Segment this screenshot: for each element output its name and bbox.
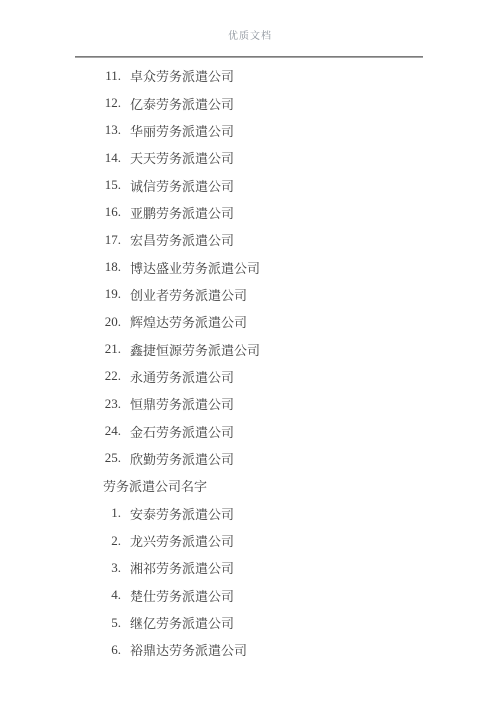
- list-item-number: 25.: [103, 450, 121, 466]
- company-list-1-6: 1.安泰劳务派遣公司2.龙兴劳务派遣公司3.湘祁劳务派遣公司4.楚仕劳务派遣公司…: [103, 500, 500, 664]
- list-item-number: 3.: [103, 560, 121, 576]
- list-item-text: 博达盛业劳务派遣公司: [130, 258, 260, 277]
- list-item-text: 亚鹏劳务派遣公司: [130, 203, 234, 222]
- list-item-number: 22.: [103, 368, 121, 384]
- list-item-number: 6.: [103, 642, 121, 658]
- list-item: 17.宏昌劳务派遣公司: [103, 226, 500, 253]
- list-item-number: 23.: [103, 396, 121, 412]
- header-divider-line: [75, 56, 423, 58]
- list-item-text: 安泰劳务派遣公司: [130, 504, 234, 523]
- list-item-text: 宏昌劳务派遣公司: [130, 230, 234, 249]
- list-item-number: 20.: [103, 314, 121, 330]
- list-item: 13.华丽劳务派遣公司: [103, 117, 500, 144]
- list-item-text: 华丽劳务派遣公司: [130, 121, 234, 140]
- page-header-watermark: 优质文档: [0, 0, 500, 42]
- list-item-text: 楚仕劳务派遣公司: [130, 586, 234, 605]
- list-item-text: 创业者劳务派遣公司: [130, 285, 247, 304]
- list-item: 11.卓众劳务派遣公司: [103, 62, 500, 89]
- list-item-text: 湘祁劳务派遣公司: [130, 558, 234, 577]
- list-item-number: 1.: [103, 505, 121, 521]
- list-item-text: 永通劳务派遣公司: [130, 367, 234, 386]
- list-item: 2.龙兴劳务派遣公司: [103, 527, 500, 554]
- list-item: 4.楚仕劳务派遣公司: [103, 582, 500, 609]
- list-item-number: 21.: [103, 341, 121, 357]
- list-item-text: 天天劳务派遣公司: [130, 148, 234, 167]
- list-item-number: 16.: [103, 204, 121, 220]
- list-item-number: 4.: [103, 587, 121, 603]
- list-item: 6.裕鼎达劳务派遣公司: [103, 636, 500, 663]
- list-item: 25.欣勤劳务派遣公司: [103, 445, 500, 472]
- document-body: 11.卓众劳务派遣公司12.亿泰劳务派遣公司13.华丽劳务派遣公司14.天天劳务…: [0, 62, 500, 664]
- list-item-number: 18.: [103, 259, 121, 275]
- list-item: 22.永通劳务派遣公司: [103, 363, 500, 390]
- list-item: 21.鑫捷恒源劳务派遣公司: [103, 335, 500, 362]
- list-item-text: 卓众劳务派遣公司: [130, 66, 234, 85]
- list-item-number: 19.: [103, 286, 121, 302]
- list-item: 20.辉煌达劳务派遣公司: [103, 308, 500, 335]
- list-item-number: 12.: [103, 95, 121, 111]
- list-item: 12.亿泰劳务派遣公司: [103, 89, 500, 116]
- document-page: 优质文档 11.卓众劳务派遣公司12.亿泰劳务派遣公司13.华丽劳务派遣公司14…: [0, 0, 500, 708]
- list-item-text: 辉煌达劳务派遣公司: [130, 312, 247, 331]
- list-item: 19.创业者劳务派遣公司: [103, 281, 500, 308]
- list-item-number: 15.: [103, 177, 121, 193]
- list-item-number: 17.: [103, 232, 121, 248]
- list-item-text: 龙兴劳务派遣公司: [130, 531, 234, 550]
- list-item-number: 11.: [103, 68, 121, 84]
- list-item: 18.博达盛业劳务派遣公司: [103, 253, 500, 280]
- list-item-text: 金石劳务派遣公司: [130, 422, 234, 441]
- list-item: 5.继亿劳务派遣公司: [103, 609, 500, 636]
- section-heading: 劳务派遣公司名字: [103, 472, 500, 499]
- list-item-number: 5.: [103, 615, 121, 631]
- list-item: 24.金石劳务派遣公司: [103, 417, 500, 444]
- list-item: 1.安泰劳务派遣公司: [103, 500, 500, 527]
- list-item: 15.诚信劳务派遣公司: [103, 171, 500, 198]
- list-item-text: 恒鼎劳务派遣公司: [130, 394, 234, 413]
- list-item-number: 13.: [103, 122, 121, 138]
- list-item-text: 裕鼎达劳务派遣公司: [130, 640, 247, 659]
- list-item-text: 鑫捷恒源劳务派遣公司: [130, 340, 260, 359]
- list-item: 3.湘祁劳务派遣公司: [103, 554, 500, 581]
- list-item-text: 欣勤劳务派遣公司: [130, 449, 234, 468]
- list-item: 16.亚鹏劳务派遣公司: [103, 199, 500, 226]
- list-item-text: 亿泰劳务派遣公司: [130, 94, 234, 113]
- list-item-number: 24.: [103, 423, 121, 439]
- company-list-11-25: 11.卓众劳务派遣公司12.亿泰劳务派遣公司13.华丽劳务派遣公司14.天天劳务…: [103, 62, 500, 472]
- list-item: 23.恒鼎劳务派遣公司: [103, 390, 500, 417]
- list-item-text: 继亿劳务派遣公司: [130, 613, 234, 632]
- list-item: 14.天天劳务派遣公司: [103, 144, 500, 171]
- list-item-number: 14.: [103, 150, 121, 166]
- list-item-text: 诚信劳务派遣公司: [130, 176, 234, 195]
- list-item-number: 2.: [103, 533, 121, 549]
